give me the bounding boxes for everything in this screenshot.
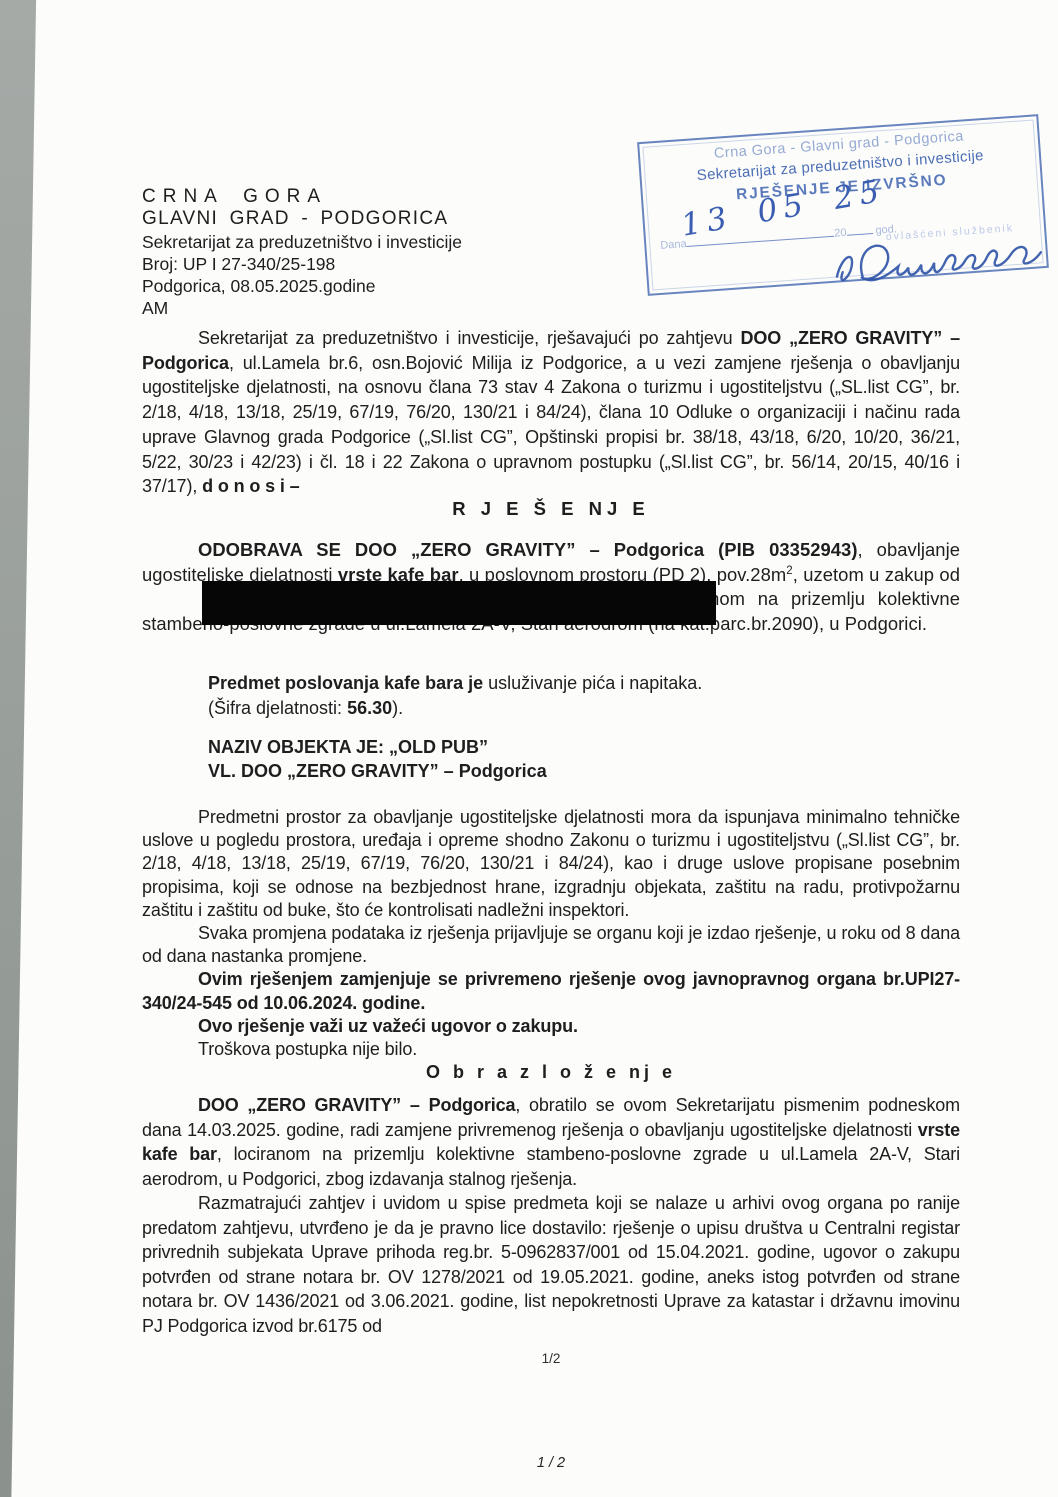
activity-code-label: (Šifra djelatnosti: bbox=[208, 698, 347, 718]
explanation-heading: O b r a z l o ž e nj e bbox=[142, 1061, 960, 1084]
intro-text-1: Sekretarijat za preduzetništvo i investi… bbox=[198, 328, 740, 348]
letterhead: CRNA GORA GLAVNI GRAD - PODGORICA Sekret… bbox=[142, 186, 462, 320]
page-number-bottom: 1 / 2 bbox=[142, 1455, 960, 1471]
technical-conditions-paragraph: Predmetni prostor za obavljanje ugostite… bbox=[142, 806, 960, 922]
activity-code-close: ). bbox=[392, 698, 403, 718]
redaction-box bbox=[202, 581, 716, 625]
letterhead-case-number: Broj: UP I 27-340/25-198 bbox=[142, 253, 462, 275]
activity-code-value: 56.30 bbox=[347, 698, 392, 718]
activity-code-line: (Šifra djelatnosti: 56.30). bbox=[208, 696, 702, 721]
approval-area-text: , pov.28m bbox=[706, 564, 786, 585]
letterhead-initials: AM bbox=[142, 297, 462, 319]
business-subject-bold: Predmet poslovanja kafe bara je bbox=[208, 673, 483, 693]
stamp-dana-label: Dana bbox=[660, 238, 687, 252]
letterhead-place-date: Podgorica, 08.05.2025.godine bbox=[142, 275, 462, 297]
approval-text-2: , uzetom u zakup od bbox=[793, 564, 960, 585]
approval-bold-lead: ODOBRAVA SE DOO „ZERO GRAVITY” – Podgori… bbox=[198, 539, 858, 560]
page-number: 1/2 bbox=[142, 1351, 960, 1366]
approval-paragraph: ODOBRAVA SE DOO „ZERO GRAVITY” – Podgori… bbox=[142, 538, 960, 637]
letterhead-secretariat: Sekretarijat za preduzetništvo i investi… bbox=[142, 231, 462, 253]
intro-text-2: , ul.Lamela br.6, osn.Bojović Milija iz … bbox=[142, 353, 960, 497]
explanation-company-bold: DOO „ZERO GRAVITY” – Podgorica bbox=[198, 1095, 515, 1115]
enforceability-stamp: Crna Gora - Glavni grad - Podgorica Sekr… bbox=[637, 114, 1049, 296]
intro-donosi-bold: d o n o s i – bbox=[202, 476, 299, 496]
intro-paragraph: Sekretarijat za preduzetništvo i investi… bbox=[142, 326, 960, 499]
replacement-paragraph-bold: Ovim rješenjem zamjenjuje se privremeno … bbox=[142, 968, 960, 1014]
business-subject-block: Predmet poslovanja kafe bara je usluživa… bbox=[208, 671, 702, 720]
venue-owner-line: VL. DOO „ZERO GRAVITY” – Podgorica bbox=[208, 760, 547, 784]
change-notice-paragraph: Svaka promjena podataka iz rješenja prij… bbox=[142, 922, 960, 968]
venue-name-line: NAZIV OBJEKTA JE: „OLD PUB” bbox=[208, 736, 547, 760]
scanned-document-page: CRNA GORA GLAVNI GRAD - PODGORICA Sekret… bbox=[0, 0, 1058, 1497]
business-subject-line: Predmet poslovanja kafe bara je usluživa… bbox=[208, 671, 702, 696]
business-subject-text: usluživanje pića i napitaka. bbox=[483, 673, 702, 693]
explanation-paragraph-2: Razmatrajući zahtjev i uvidom u spise pr… bbox=[142, 1191, 960, 1338]
costs-line: Troškova postupka nije bilo. bbox=[142, 1038, 960, 1061]
ruling-heading: R J E Š E NJ E bbox=[142, 498, 960, 520]
explanation-text-2: , lociranom na prizemlju kolektivne stam… bbox=[142, 1144, 960, 1189]
letterhead-country: CRNA GORA bbox=[142, 186, 462, 208]
scanner-edge-artifact bbox=[0, 0, 38, 1497]
explanation-section: DOO „ZERO GRAVITY” – Podgorica, obratilo… bbox=[142, 1093, 960, 1338]
letterhead-city: GLAVNI GRAD - PODGORICA bbox=[142, 208, 462, 230]
validity-line-bold: Ovo rješenje važi uz važeći ugovor o zak… bbox=[142, 1015, 960, 1038]
conditions-section: Predmetni prostor za obavljanje ugostite… bbox=[142, 806, 960, 1084]
venue-name-block: NAZIV OBJEKTA JE: „OLD PUB” VL. DOO „ZER… bbox=[208, 736, 547, 783]
explanation-paragraph-1: DOO „ZERO GRAVITY” – Podgorica, obratilo… bbox=[142, 1093, 960, 1191]
